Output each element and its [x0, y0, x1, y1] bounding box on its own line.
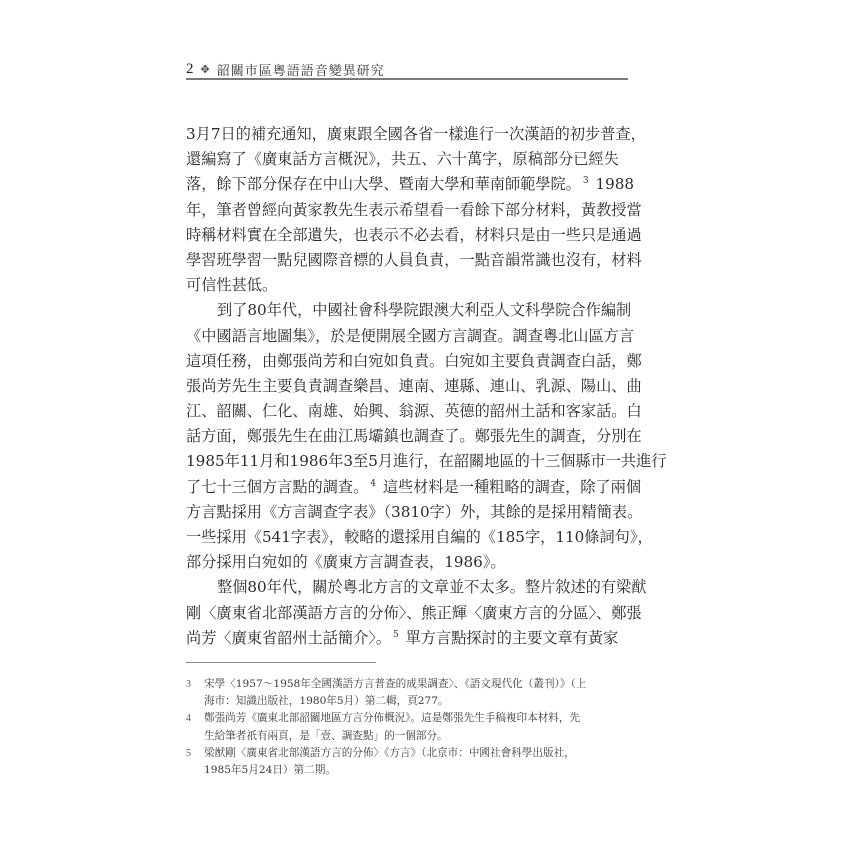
text-segment: 單方言點探討的主要文章有黃家: [406, 629, 619, 647]
footnote-separator: [186, 662, 376, 663]
text-line: 張尚芳先生主要負責調查樂昌、連南、連縣、連山、乳源、陽山、曲: [186, 374, 628, 399]
footnote-line: 生給筆者祇有兩頁，是「壹、調查點」的一個部分。: [204, 728, 580, 745]
text-segment: 這些材料是一種粗略的調查，除了兩個: [383, 478, 641, 496]
text-line: 1985年11月和1986年3至5月進行，在韶關地區的十三個縣市一共進行: [186, 449, 628, 474]
running-header: 2 ✥ 韶關市區粵語語音變異研究: [186, 58, 628, 80]
text-line: 方言點採用《方言調查字表》（3810字）外，其餘的是採用精簡表。: [186, 500, 628, 525]
text-segment: 1988: [595, 175, 634, 193]
text-segment: 尚芳〈廣東省韶州土話簡介〉。: [186, 629, 391, 647]
footnote-item: 4 鄭張尚芳《廣東北部韶關地區方言分佈概況》。這是鄭張先生手稿複印本材料，先 生…: [186, 710, 636, 744]
header-rule: [186, 78, 628, 80]
footnote-item: 5 梁猷剛〈廣東省北部漢語方言的分佈〉《方言》（北京市：中國社會科學出版社， 1…: [186, 745, 636, 779]
book-page: 2 ✥ 韶關市區粵語語音變異研究 3月7日的補充通知，廣東跟全國各省一樣進行一次…: [0, 0, 850, 850]
text-line: 可信性甚低。: [186, 273, 628, 298]
paragraph: 3月7日的補充通知，廣東跟全國各省一樣進行一次漢語的初步普查， 還編寫了《廣東話…: [186, 122, 628, 298]
text-line: 剛〈廣東省北部漢語方言的分佈〉、熊正輝〈廣東方言的分區〉、鄭張: [186, 601, 628, 626]
text-line: 時稱材料實在全部遺失，也表示不必去看，材料只是由一些只是通過: [186, 223, 628, 248]
footnote-number: 4: [186, 710, 204, 744]
footnote-line: 鄭張尚芳《廣東北部韶關地區方言分佈概況》。這是鄭張先生手稿複印本材料，先: [204, 710, 580, 727]
text-line: 尚芳〈廣東省韶州土話簡介〉。5 單方言點探討的主要文章有黃家: [186, 626, 628, 651]
paragraph: 整個80年代，關於粵北方言的文章並不太多。整片敘述的有梁猷 剛〈廣東省北部漢語方…: [186, 575, 628, 651]
text-line: 一些採用《541字表》，較略的還採用自編的《185字，110條詞句》，: [186, 525, 628, 550]
footnote-number: 3: [186, 676, 204, 710]
footnote-text: 鄭張尚芳《廣東北部韶關地區方言分佈概況》。這是鄭張先生手稿複印本材料，先 生給筆…: [204, 710, 580, 744]
text-line: 這項任務，由鄭張尚芳和白宛如負責。白宛如主要負責調查白話，鄭: [186, 349, 628, 374]
footnote-text: 梁猷剛〈廣東省北部漢語方言的分佈〉《方言》（北京市：中國社會科學出版社， 198…: [204, 745, 575, 779]
footnote-ref[interactable]: 3: [583, 176, 589, 186]
footnote-ref[interactable]: 5: [393, 630, 399, 640]
text-line: 整個80年代，關於粵北方言的文章並不太多。整片敘述的有梁猷: [186, 575, 628, 600]
footnote-line: 海市：知識出版社，1980年5月）第二輯，頁277。: [204, 693, 586, 710]
paragraph: 到了80年代，中國社會科學院跟澳大利亞人文科學院合作編制 《中國語言地圖集》，於…: [186, 298, 628, 575]
footnote-line: 宋學〈1957～1958年全國漢語方言普查的成果調查〉、《語文現代化（叢刊）》（…: [204, 676, 586, 693]
text-segment: 落，餘下部分保存在中山大學、暨南大學和華南師範學院。: [186, 175, 581, 193]
text-line: 江、韶關、仁化、南雄、始興、翁源、英德的韶州土話和客家話。白: [186, 399, 628, 424]
running-title: 韶關市區粵語語音變異研究: [217, 60, 385, 79]
text-segment: 了七十三個方言點的調查。: [186, 478, 368, 496]
footnote-line: 梁猷剛〈廣東省北部漢語方言的分佈〉《方言》（北京市：中國社會科學出版社，: [204, 745, 575, 762]
footnote-text: 宋學〈1957～1958年全國漢語方言普查的成果調查〉、《語文現代化（叢刊）》（…: [204, 676, 586, 710]
ornament-icon: ✥: [201, 63, 211, 76]
text-line: 還編寫了《廣東話方言概況》，共五、六十萬字，原稿部分已經失: [186, 147, 628, 172]
footnote-item: 3 宋學〈1957～1958年全國漢語方言普查的成果調查〉、《語文現代化（叢刊）…: [186, 676, 636, 710]
footnote-number: 5: [186, 745, 204, 779]
text-line: 到了80年代，中國社會科學院跟澳大利亞人文科學院合作編制: [186, 298, 628, 323]
text-line: 了七十三個方言點的調查。4 這些材料是一種粗略的調查，除了兩個: [186, 475, 628, 500]
text-line: 學習班學習一點兒國際音標的人員負責，一點音韻常識也沒有，材料: [186, 248, 628, 273]
text-line: 部分採用白宛如的《廣東方言調查表，1986》。: [186, 550, 628, 575]
text-line: 話方面，鄭張先生在曲江馬壩鎮也調查了。鄭張先生的調查，分別在: [186, 424, 628, 449]
footnote-line: 1985年5月24日）第二期。: [204, 762, 575, 779]
footnote-ref[interactable]: 4: [370, 479, 376, 489]
text-line: 落，餘下部分保存在中山大學、暨南大學和華南師範學院。3 1988: [186, 172, 628, 197]
body-text: 3月7日的補充通知，廣東跟全國各省一樣進行一次漢語的初步普查， 還編寫了《廣東話…: [186, 122, 628, 651]
text-line: 《中國語言地圖集》，於是便開展全國方言調查。調查粵北山區方言: [186, 324, 628, 349]
page-number: 2: [186, 61, 195, 78]
text-line: 年，筆者曾經向黃家教先生表示希望看一看餘下部分材料，黃教授當: [186, 198, 628, 223]
text-line: 3月7日的補充通知，廣東跟全國各省一樣進行一次漢語的初步普查，: [186, 122, 628, 147]
footnotes: 3 宋學〈1957～1958年全國漢語方言普查的成果調查〉、《語文現代化（叢刊）…: [186, 676, 636, 779]
